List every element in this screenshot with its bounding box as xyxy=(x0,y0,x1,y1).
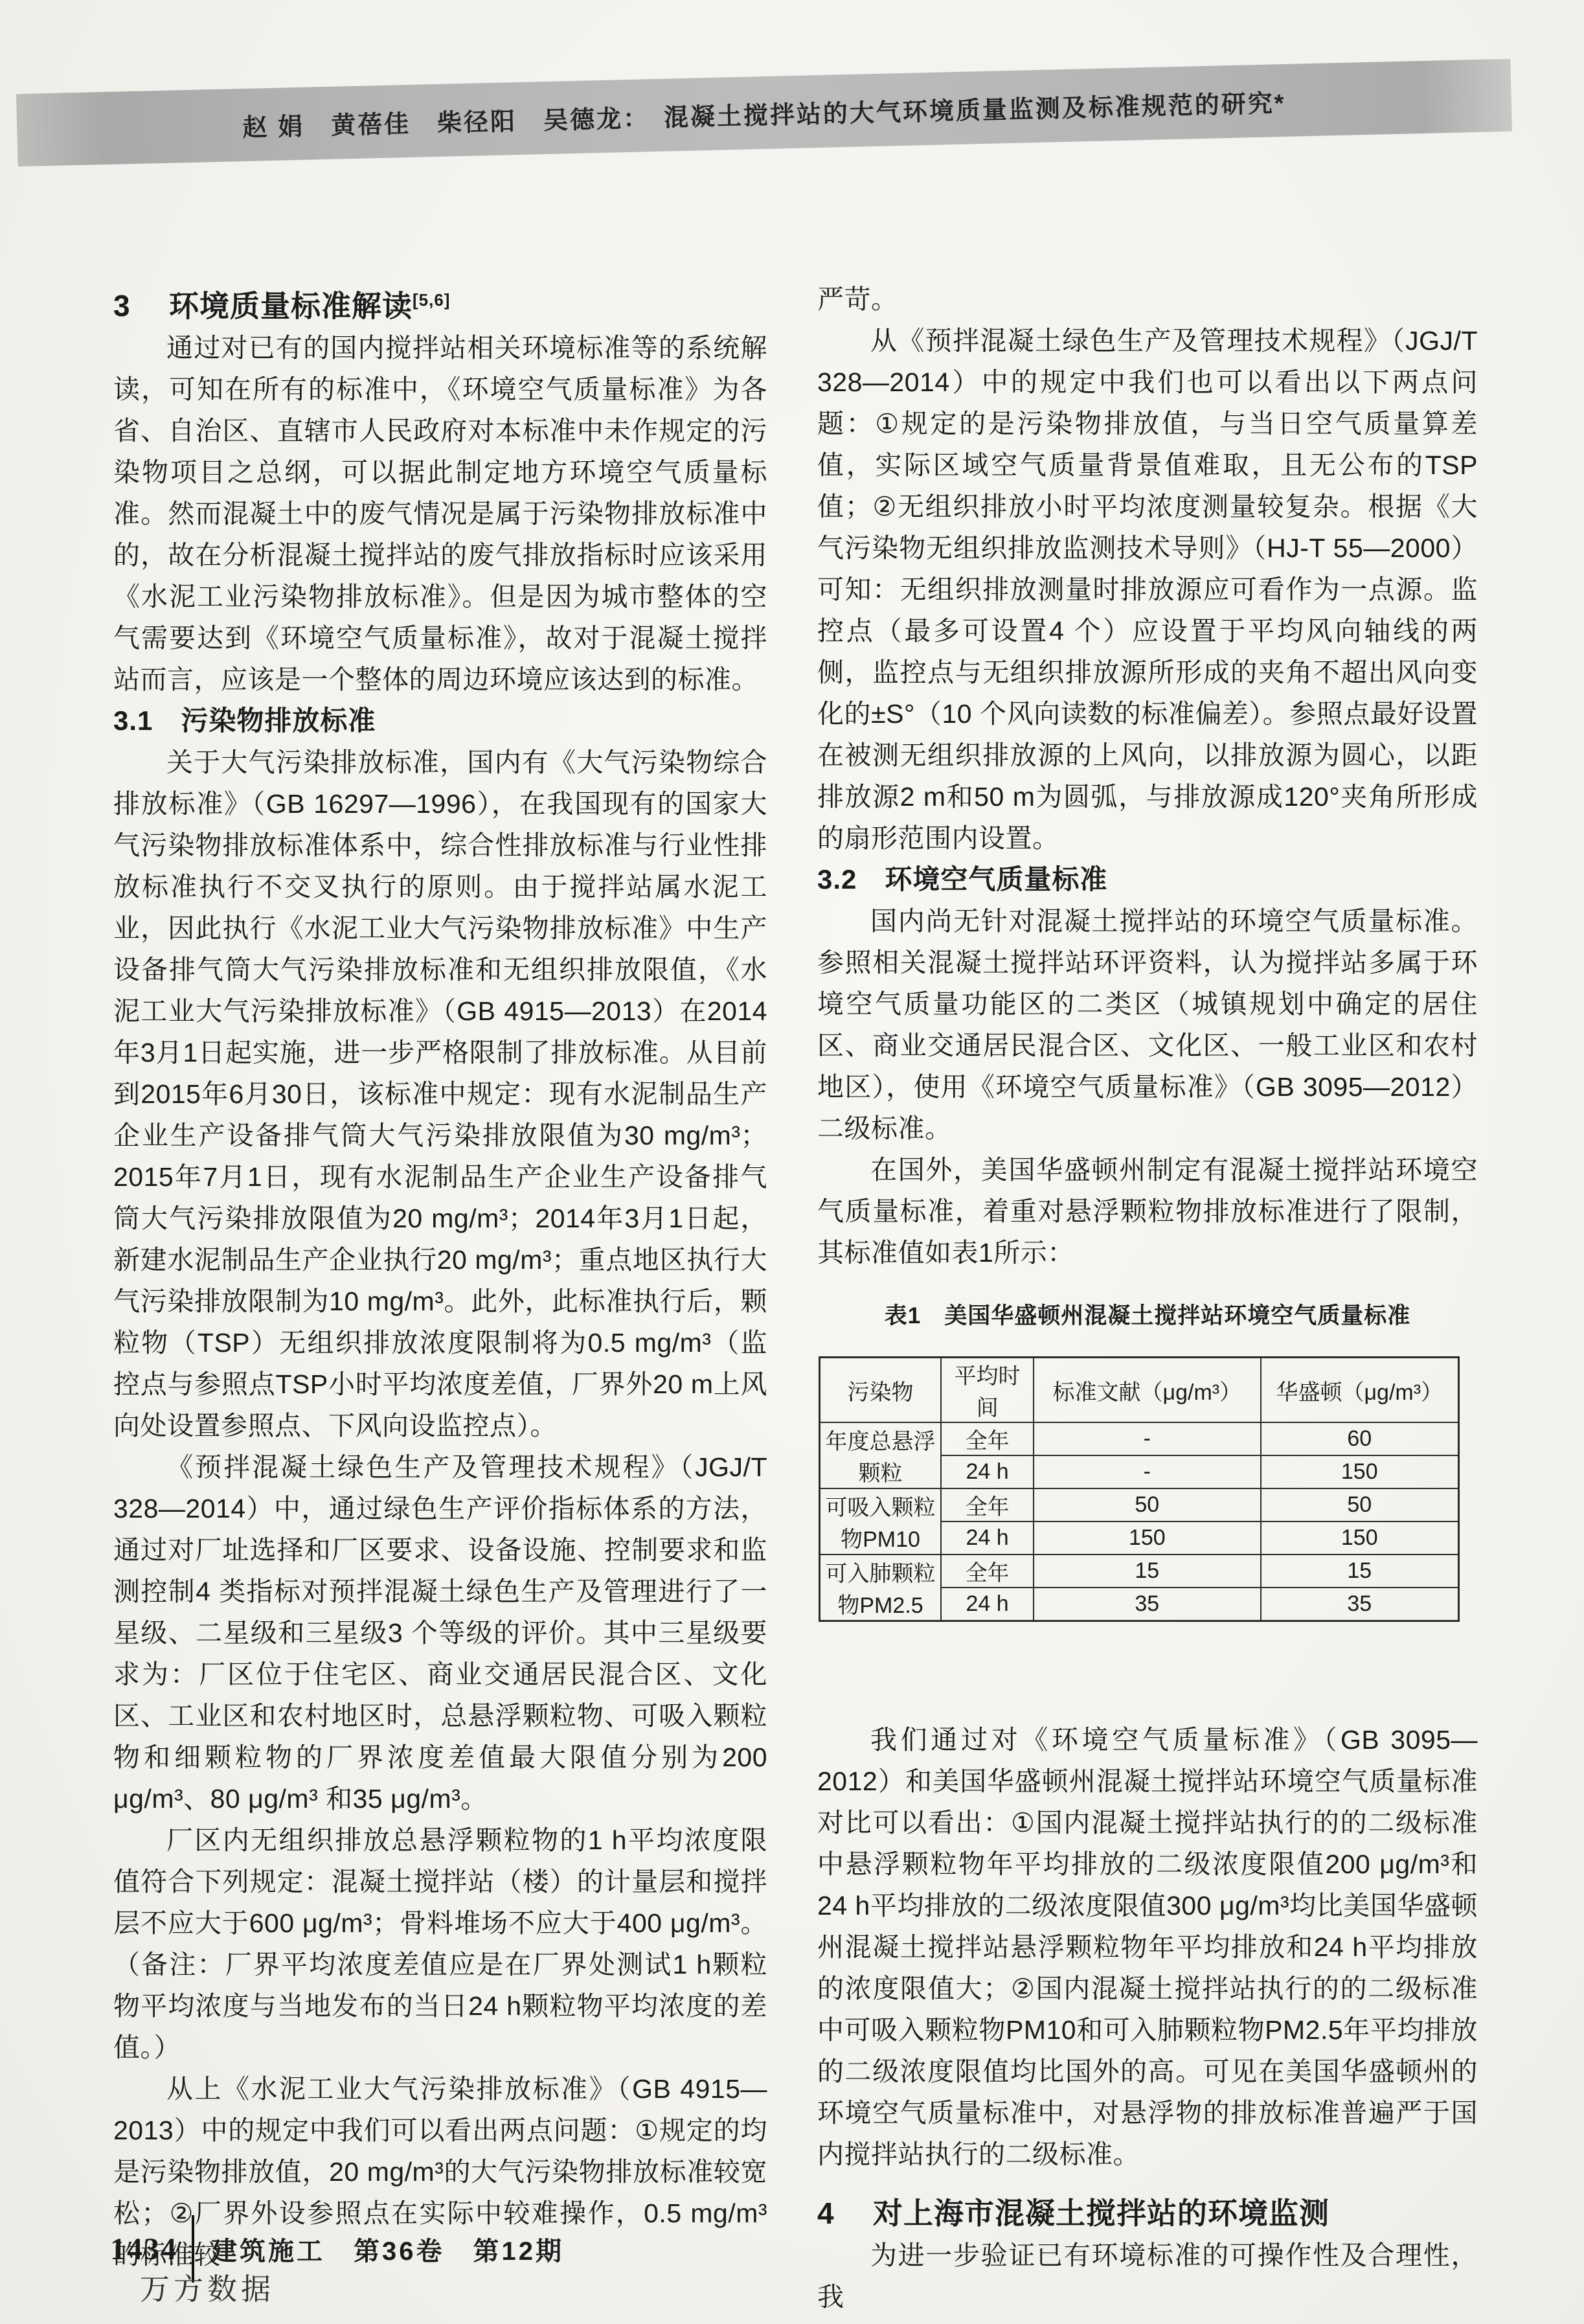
journal-info: 建筑施工 第36卷 第12期 xyxy=(211,2231,564,2268)
paragraph: 通过对已有的国内搅拌站相关环境标准等的系统解读，可知在所有的标准中，《环境空气质… xyxy=(113,327,767,700)
col-header-standard-literature: 标准文献（μg/m³） xyxy=(1034,1358,1260,1423)
section-4-heading: 4对上海市混凝土搅拌站的环境监测 xyxy=(817,2192,1478,2235)
table-1-caption: 表1 美国华盛顿州混凝土搅拌站环境空气质量标准 xyxy=(817,1302,1478,1330)
left-column: 3环境质量标准解读[5,6] 通过对已有的国内搅拌站相关环境标准等的系统解读，可… xyxy=(113,279,767,2275)
paragraph: 厂区内无组织排放总悬浮颗粒物的1 h平均浓度限值符合下列规定：混凝土搅拌站（楼）… xyxy=(113,1819,767,2068)
section-3-title: 环境质量标准解读 xyxy=(169,289,413,323)
right-column: 严苛。 从《预拌混凝土绿色生产及管理技术规程》（JGJ/T 328—2014）中… xyxy=(817,279,1478,2318)
col-header-washington: 华盛顿（μg/m³） xyxy=(1261,1358,1459,1423)
paragraph: 从《预拌混凝土绿色生产及管理技术规程》（JGJ/T 328—2014）中的规定中… xyxy=(817,320,1478,859)
paragraph-continuation: 严苛。 xyxy=(817,279,1478,320)
section-3-2-heading: 3.2 环境空气质量标准 xyxy=(817,859,1478,900)
cell-standard: - xyxy=(1034,1455,1260,1488)
running-header-text: 赵 娟 黄蓓佳 柴径阳 吴德龙： 混凝土搅拌站的大气环境质量监测及标准规范的研究… xyxy=(242,83,1286,143)
cell-standard: 35 xyxy=(1034,1588,1260,1621)
cell-pollutant: 可吸入颗粒物PM10 xyxy=(820,1488,942,1555)
cell-washington: 35 xyxy=(1261,1588,1459,1621)
table-row: 可吸入颗粒物PM10 全年 50 50 xyxy=(820,1488,1459,1521)
cell-washington: 60 xyxy=(1261,1422,1459,1455)
running-header-bar: 赵 娟 黄蓓佳 柴径阳 吴德龙： 混凝土搅拌站的大气环境质量监测及标准规范的研究… xyxy=(16,59,1512,166)
cell-time: 24 h xyxy=(941,1455,1034,1488)
paragraph: 我们通过对《环境空气质量标准》（GB 3095—2012）和美国华盛顿州混凝土搅… xyxy=(817,1719,1478,2175)
cell-time: 全年 xyxy=(941,1555,1034,1588)
section-3-number: 3 xyxy=(113,284,169,327)
section-4-title: 对上海市混凝土搅拌站的环境监测 xyxy=(873,2196,1329,2230)
section-3-citation-sup: [5,6] xyxy=(413,290,450,310)
section-3-heading: 3环境质量标准解读[5,6] xyxy=(113,279,767,327)
table-row: 可入肺颗粒物PM2.5 全年 15 15 xyxy=(820,1555,1459,1588)
cell-standard: - xyxy=(1034,1422,1260,1455)
paragraph: 《预拌混凝土绿色生产及管理技术规程》（JGJ/T 328—2014）中，通过绿色… xyxy=(113,1446,767,1819)
cell-standard: 150 xyxy=(1034,1521,1260,1555)
cell-time: 24 h xyxy=(941,1521,1034,1555)
table-1-air-quality-standards: 污染物 平均时间 标准文献（μg/m³） 华盛顿（μg/m³） 年度总悬浮颗粒 … xyxy=(819,1356,1460,1622)
cell-time: 全年 xyxy=(941,1422,1034,1455)
paper-page: 赵 娟 黄蓓佳 柴径阳 吴德龙： 混凝土搅拌站的大气环境质量监测及标准规范的研究… xyxy=(0,0,1584,2324)
wanfang-watermark: 万方数据 xyxy=(140,2266,275,2308)
section-4-number: 4 xyxy=(817,2192,873,2235)
cell-washington: 150 xyxy=(1261,1521,1459,1555)
section-3-1-heading: 3.1 污染物排放标准 xyxy=(113,700,767,742)
cell-washington: 150 xyxy=(1261,1455,1459,1488)
cell-standard: 50 xyxy=(1034,1488,1260,1521)
table-row: 年度总悬浮颗粒 全年 - 60 xyxy=(820,1422,1459,1455)
cell-washington: 15 xyxy=(1261,1555,1459,1588)
paragraph: 国内尚无针对混凝土搅拌站的环境空气质量标准。参照相关混凝土搅拌站环评资料，认为搅… xyxy=(817,900,1478,1149)
cell-standard: 15 xyxy=(1034,1555,1260,1588)
table-header-row: 污染物 平均时间 标准文献（μg/m³） 华盛顿（μg/m³） xyxy=(820,1358,1459,1423)
paragraph: 关于大气污染排放标准，国内有《大气污染物综合排放标准》（GB 16297—199… xyxy=(113,742,767,1446)
cell-pollutant: 可入肺颗粒物PM2.5 xyxy=(820,1555,942,1621)
col-header-avg-time: 平均时间 xyxy=(941,1358,1034,1423)
page-number: 1434 xyxy=(110,2231,177,2267)
cell-time: 24 h xyxy=(941,1588,1034,1621)
cell-pollutant: 年度总悬浮颗粒 xyxy=(820,1422,942,1488)
paragraph: 为进一步验证已有环境标准的可操作性及合理性，我 xyxy=(817,2235,1478,2318)
cell-time: 全年 xyxy=(941,1488,1034,1521)
col-header-pollutant: 污染物 xyxy=(820,1358,942,1423)
paragraph: 在国外，美国华盛顿州制定有混凝土搅拌站环境空气质量标准，着重对悬浮颗粒物排放标准… xyxy=(817,1149,1478,1273)
cell-washington: 50 xyxy=(1261,1488,1459,1521)
